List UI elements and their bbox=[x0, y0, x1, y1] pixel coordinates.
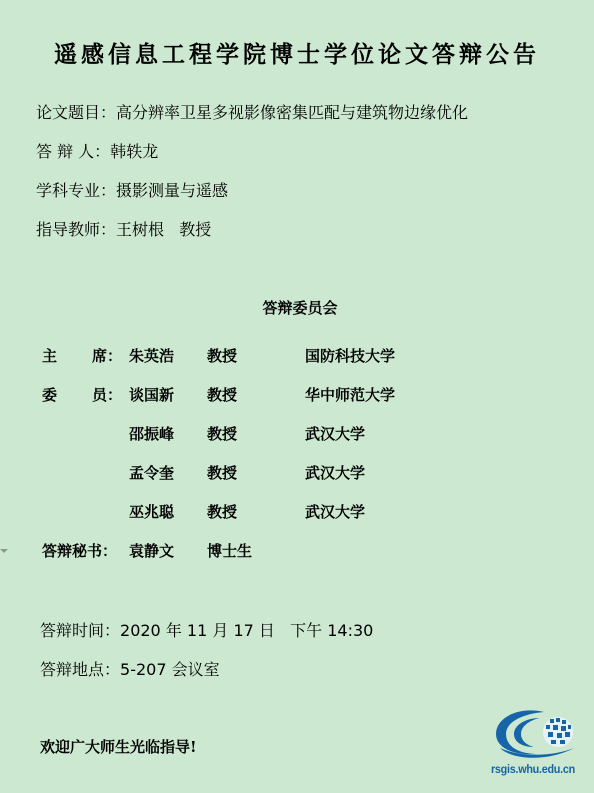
candidate-line: 答 辩 人：韩轶龙 bbox=[36, 139, 158, 162]
member-name: 谈国新 bbox=[129, 384, 174, 405]
member-title: 教授 bbox=[207, 501, 237, 522]
thesis-title-line: 论文题目：高分辨率卫星多视影像密集匹配与建筑物边缘优化 bbox=[36, 100, 468, 123]
advisor-line: 指导教师：王树根 教授 bbox=[36, 217, 211, 240]
member-role-part1: 委 bbox=[42, 384, 57, 405]
time-value: 2020 年 11 月 17 日 下午 14:30 bbox=[120, 621, 373, 640]
place-value: 5-207 会议室 bbox=[120, 660, 220, 679]
defense-time-line: 答辩时间：2020 年 11 月 17 日 下午 14:30 bbox=[40, 618, 373, 641]
time-label: 答辩时间： bbox=[40, 621, 120, 640]
member-institution: 武汉大学 bbox=[305, 423, 365, 444]
paragraph-marker-icon bbox=[0, 549, 8, 553]
committee-heading: 答辩委员会 bbox=[0, 297, 594, 318]
member-name: 孟令奎 bbox=[129, 462, 174, 483]
candidate-value: 韩轶龙 bbox=[110, 142, 158, 161]
place-label: 答辩地点： bbox=[40, 660, 120, 679]
secretary-name: 袁静文 bbox=[129, 540, 174, 561]
chair-title: 教授 bbox=[207, 345, 237, 366]
major-value: 摄影测量与遥感 bbox=[116, 181, 228, 200]
member-name: 巫兆聪 bbox=[129, 501, 174, 522]
member-title: 教授 bbox=[207, 384, 237, 405]
thesis-label: 论文题目： bbox=[36, 103, 116, 122]
advisor-value: 王树根 教授 bbox=[116, 220, 211, 239]
defense-place-line: 答辩地点：5-207 会议室 bbox=[40, 657, 220, 680]
logo-url-text: rsgis.whu.edu.cn bbox=[491, 762, 575, 776]
page-title: 遥感信息工程学院博士学位论文答辩公告 bbox=[0, 36, 594, 69]
secretary-title: 博士生 bbox=[207, 540, 252, 561]
chair-role-part1: 主 bbox=[42, 345, 57, 366]
member-role-part2: 员： bbox=[92, 384, 122, 405]
major-label: 学科专业： bbox=[36, 181, 116, 200]
thesis-value: 高分辨率卫星多视影像密集匹配与建筑物边缘优化 bbox=[116, 103, 468, 122]
candidate-label: 答 辩 人： bbox=[36, 142, 110, 161]
member-title: 教授 bbox=[207, 462, 237, 483]
member-title: 教授 bbox=[207, 423, 237, 444]
member-institution: 武汉大学 bbox=[305, 501, 365, 522]
member-institution: 华中师范大学 bbox=[305, 384, 395, 405]
chair-role-part2: 席： bbox=[92, 345, 122, 366]
member-name: 邵振峰 bbox=[129, 423, 174, 444]
welcome-message: 欢迎广大师生光临指导! bbox=[40, 736, 197, 757]
chair-name: 朱英浩 bbox=[129, 345, 174, 366]
advisor-label: 指导教师： bbox=[36, 220, 116, 239]
major-line: 学科专业：摄影测量与遥感 bbox=[36, 178, 228, 201]
member-institution: 武汉大学 bbox=[305, 462, 365, 483]
secretary-role: 答辩秘书： bbox=[42, 540, 117, 561]
chair-institution: 国防科技大学 bbox=[305, 345, 395, 366]
